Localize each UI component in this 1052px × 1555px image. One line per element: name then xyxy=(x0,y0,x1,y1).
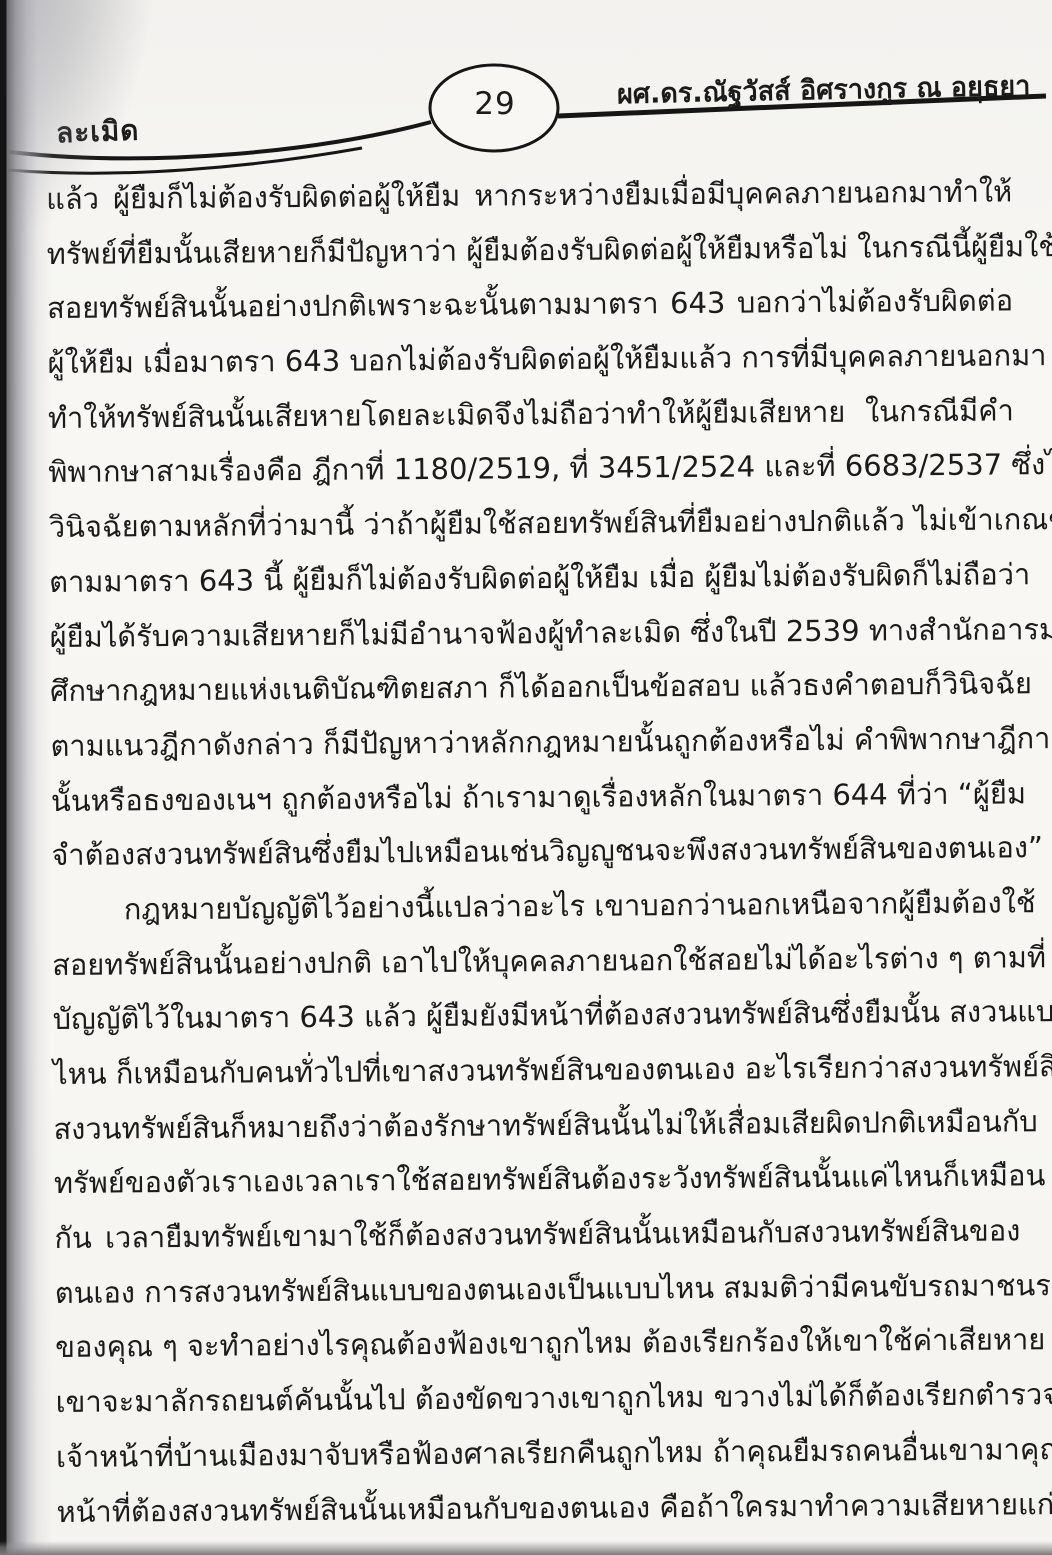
text-line: กฎหมายบัญญัติไว้อย่างนี้แปลว่าอะไร เขาบอ… xyxy=(52,875,1018,937)
text-line: ทรัพย์ที่ยืมนั้นเสียหายก็มีปัญหาว่า ผู้ย… xyxy=(46,219,1012,281)
text-line: กัน เวลายืมทรัพย์เขามาใช้ก็ต้องสงวนทรัพย… xyxy=(54,1203,1020,1265)
text-line: หน้าที่ต้องสงวนทรัพย์สินนั้นเหมือนกับของ… xyxy=(56,1477,1022,1539)
text-line: สอยทรัพย์สินนั้นอย่างปกติเพราะฉะนั้นตามม… xyxy=(47,274,1013,336)
text-line: จำต้องสงวนทรัพย์สินซึ่งยืมไปเหมือนเช่นวิ… xyxy=(51,821,1017,883)
author-name: ผศ.ดร.ณัฐวัสส์ อิศรางกูร ณ อยุธยา xyxy=(616,64,1030,116)
scanned-book-page: ละเมิด 29 ผศ.ดร.ณัฐวัสส์ อิศรางกูร ณ อยุ… xyxy=(0,0,1052,1555)
text-line: ผู้ยืมได้รับความเสียหายก็ไม่มีอำนาจฟ้องผ… xyxy=(49,602,1015,664)
text-line: พิพากษาสามเรื่องคือ ฎีกาที่ 1180/2519, ท… xyxy=(48,438,1014,500)
section-title: ละเมิด xyxy=(55,109,140,156)
text-line: วินิจฉัยตามหลักที่ว่ามานี้ ว่าถ้าผู้ยืมใ… xyxy=(49,493,1015,555)
text-line: ศึกษากฎหมายแห่งเนติบัณฑิตยสภา ก็ได้ออกเป… xyxy=(50,657,1016,719)
text-line: ผู้ให้ยืม เมื่อมาตรา 643 บอกไม่ต้องรับผิ… xyxy=(47,328,1013,390)
body-text: แล้ว ผู้ยืมก็ไม่ต้องรับผิดต่อผู้ให้ยืม ห… xyxy=(46,164,1023,1539)
bottom-edge-shadow xyxy=(0,1541,1052,1555)
text-line: สอยทรัพย์สินนั้นอย่างปกติ เอาไปให้บุคคลภ… xyxy=(52,930,1018,992)
text-line: เขาจะมาลักรถยนต์คันนั้นไป ต้องขัดขวางเขา… xyxy=(55,1368,1021,1430)
text-line: ไหน ก็เหมือนกับคนทั่วไปที่เขาสงวนทรัพย์ส… xyxy=(53,1039,1019,1101)
text-line: ของคุณ ๆ จะทำอย่างไรคุณต้องฟ้องเขาถูกไหม… xyxy=(55,1313,1021,1375)
text-line: ทรัพย์ของตัวเราเองเวลาเราใช้สอยทรัพย์สิน… xyxy=(54,1149,1020,1211)
text-line: ทำให้ทรัพย์สินนั้นเสียหายโดยละเมิดจึงไม่… xyxy=(48,383,1014,445)
text-line: ตนเอง การสงวนทรัพย์สินแบบของตนเองเป็นแบบ… xyxy=(55,1258,1021,1320)
text-line: แล้ว ผู้ยืมก็ไม่ต้องรับผิดต่อผู้ให้ยืม ห… xyxy=(46,164,1012,226)
left-binding-shadow xyxy=(0,0,52,1555)
text-line: สงวนทรัพย์สินก็หมายถึงว่าต้องรักษาทรัพย์… xyxy=(53,1094,1019,1156)
text-line: ตามมาตรา 643 นี้ ผู้ยืมก็ไม่ต้องรับผิดต่… xyxy=(49,547,1015,609)
text-line: ตามแนวฎีกาดังกล่าว ก็มีปัญหาว่าหลักกฎหมา… xyxy=(50,711,1016,773)
page-number: 29 xyxy=(452,86,538,122)
text-line: เจ้าหน้าที่บ้านเมืองมาจับหรือฟ้องศาลเรีย… xyxy=(56,1422,1022,1484)
text-line: นั้นหรือธงของเนฯ ถูกต้องหรือไม่ ถ้าเรามา… xyxy=(51,766,1017,828)
text-line: บัญญัติไว้ในมาตรา 643 แล้ว ผู้ยืมยังมีหน… xyxy=(52,985,1018,1047)
